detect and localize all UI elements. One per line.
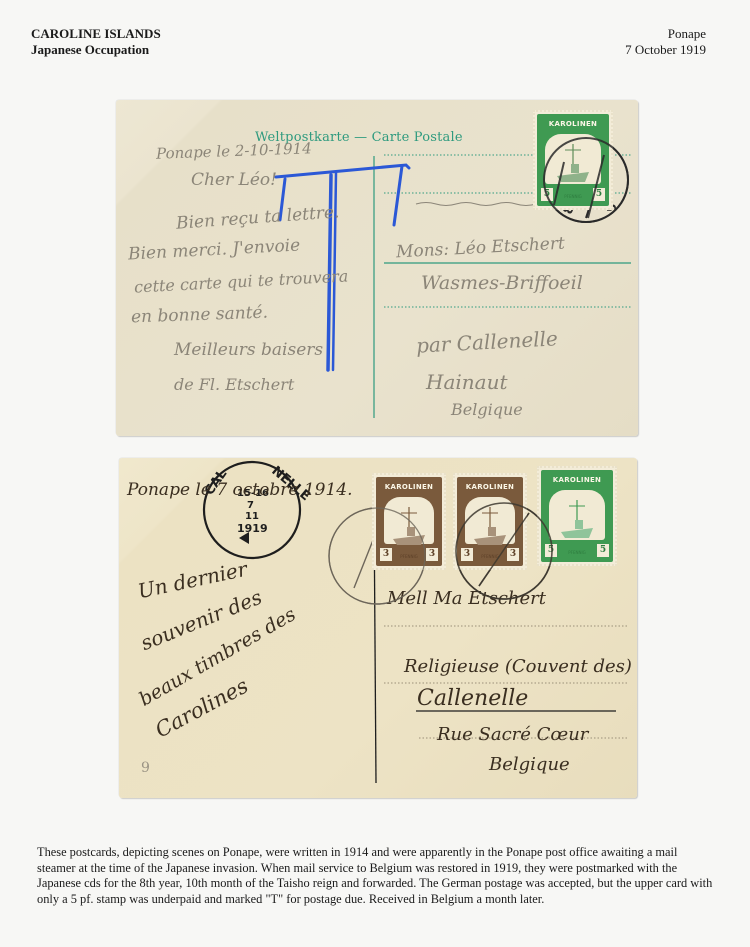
svg-text:11: 11 [245,511,259,522]
address-line: Wasmes-Briffoeil [421,272,583,294]
ship-icon [553,142,593,186]
stamp-3pf: KAROLINEN 3 3 PFENNIG [372,473,446,570]
message-line: Meilleurs baisers [174,340,323,360]
svg-text:7: 7 [247,500,254,511]
page-header-right: Ponape 7 October 1919 [625,26,706,58]
address-line: Callenelle [417,686,528,711]
svg-text:1919: 1919 [237,522,268,535]
upper-postcard: 8 5 Weltpostkarte — Carte Postale Ponape… [116,100,638,436]
stamp-3pf: KAROLINEN 3 3 PFENNIG [453,473,527,570]
address-line: Rue Sacré Cœur [437,724,588,745]
place-label: Ponape [625,26,706,42]
address-line: Hainaut [426,370,507,394]
ship-icon [389,505,429,549]
address-line: Religieuse (Couvent des) [404,656,632,677]
corner-mark: 9 [141,760,150,776]
address-line: Mell Ma Etschert [387,588,546,609]
address-line: Belgique [451,400,523,419]
page-header-left: CAROLINE ISLANDS Japanese Occupation [31,26,161,58]
ship-icon [470,505,510,549]
date-label: 7 October 1919 [625,42,706,58]
description-text: These postcards, depicting scenes on Pon… [37,845,717,907]
album-title: CAROLINE ISLANDS [31,26,161,42]
message-line: de Fl. Etschert [174,375,294,394]
ship-icon [557,498,597,542]
album-subtitle: Japanese Occupation [31,42,161,58]
lower-postcard: CAL NELLE 15-16 7 11 1919 Ponape le 7 oc… [119,458,637,798]
address-line: Belgique [489,754,570,775]
message-line: Cher Léo! [191,170,277,190]
message-line: Ponape le 7 octobre 1914. [127,480,353,500]
stamp-5pf: KAROLINEN 5 5 PFENNIG [533,110,613,210]
stamp-5pf: KAROLINEN 5 5 PFENNIG [537,466,617,566]
